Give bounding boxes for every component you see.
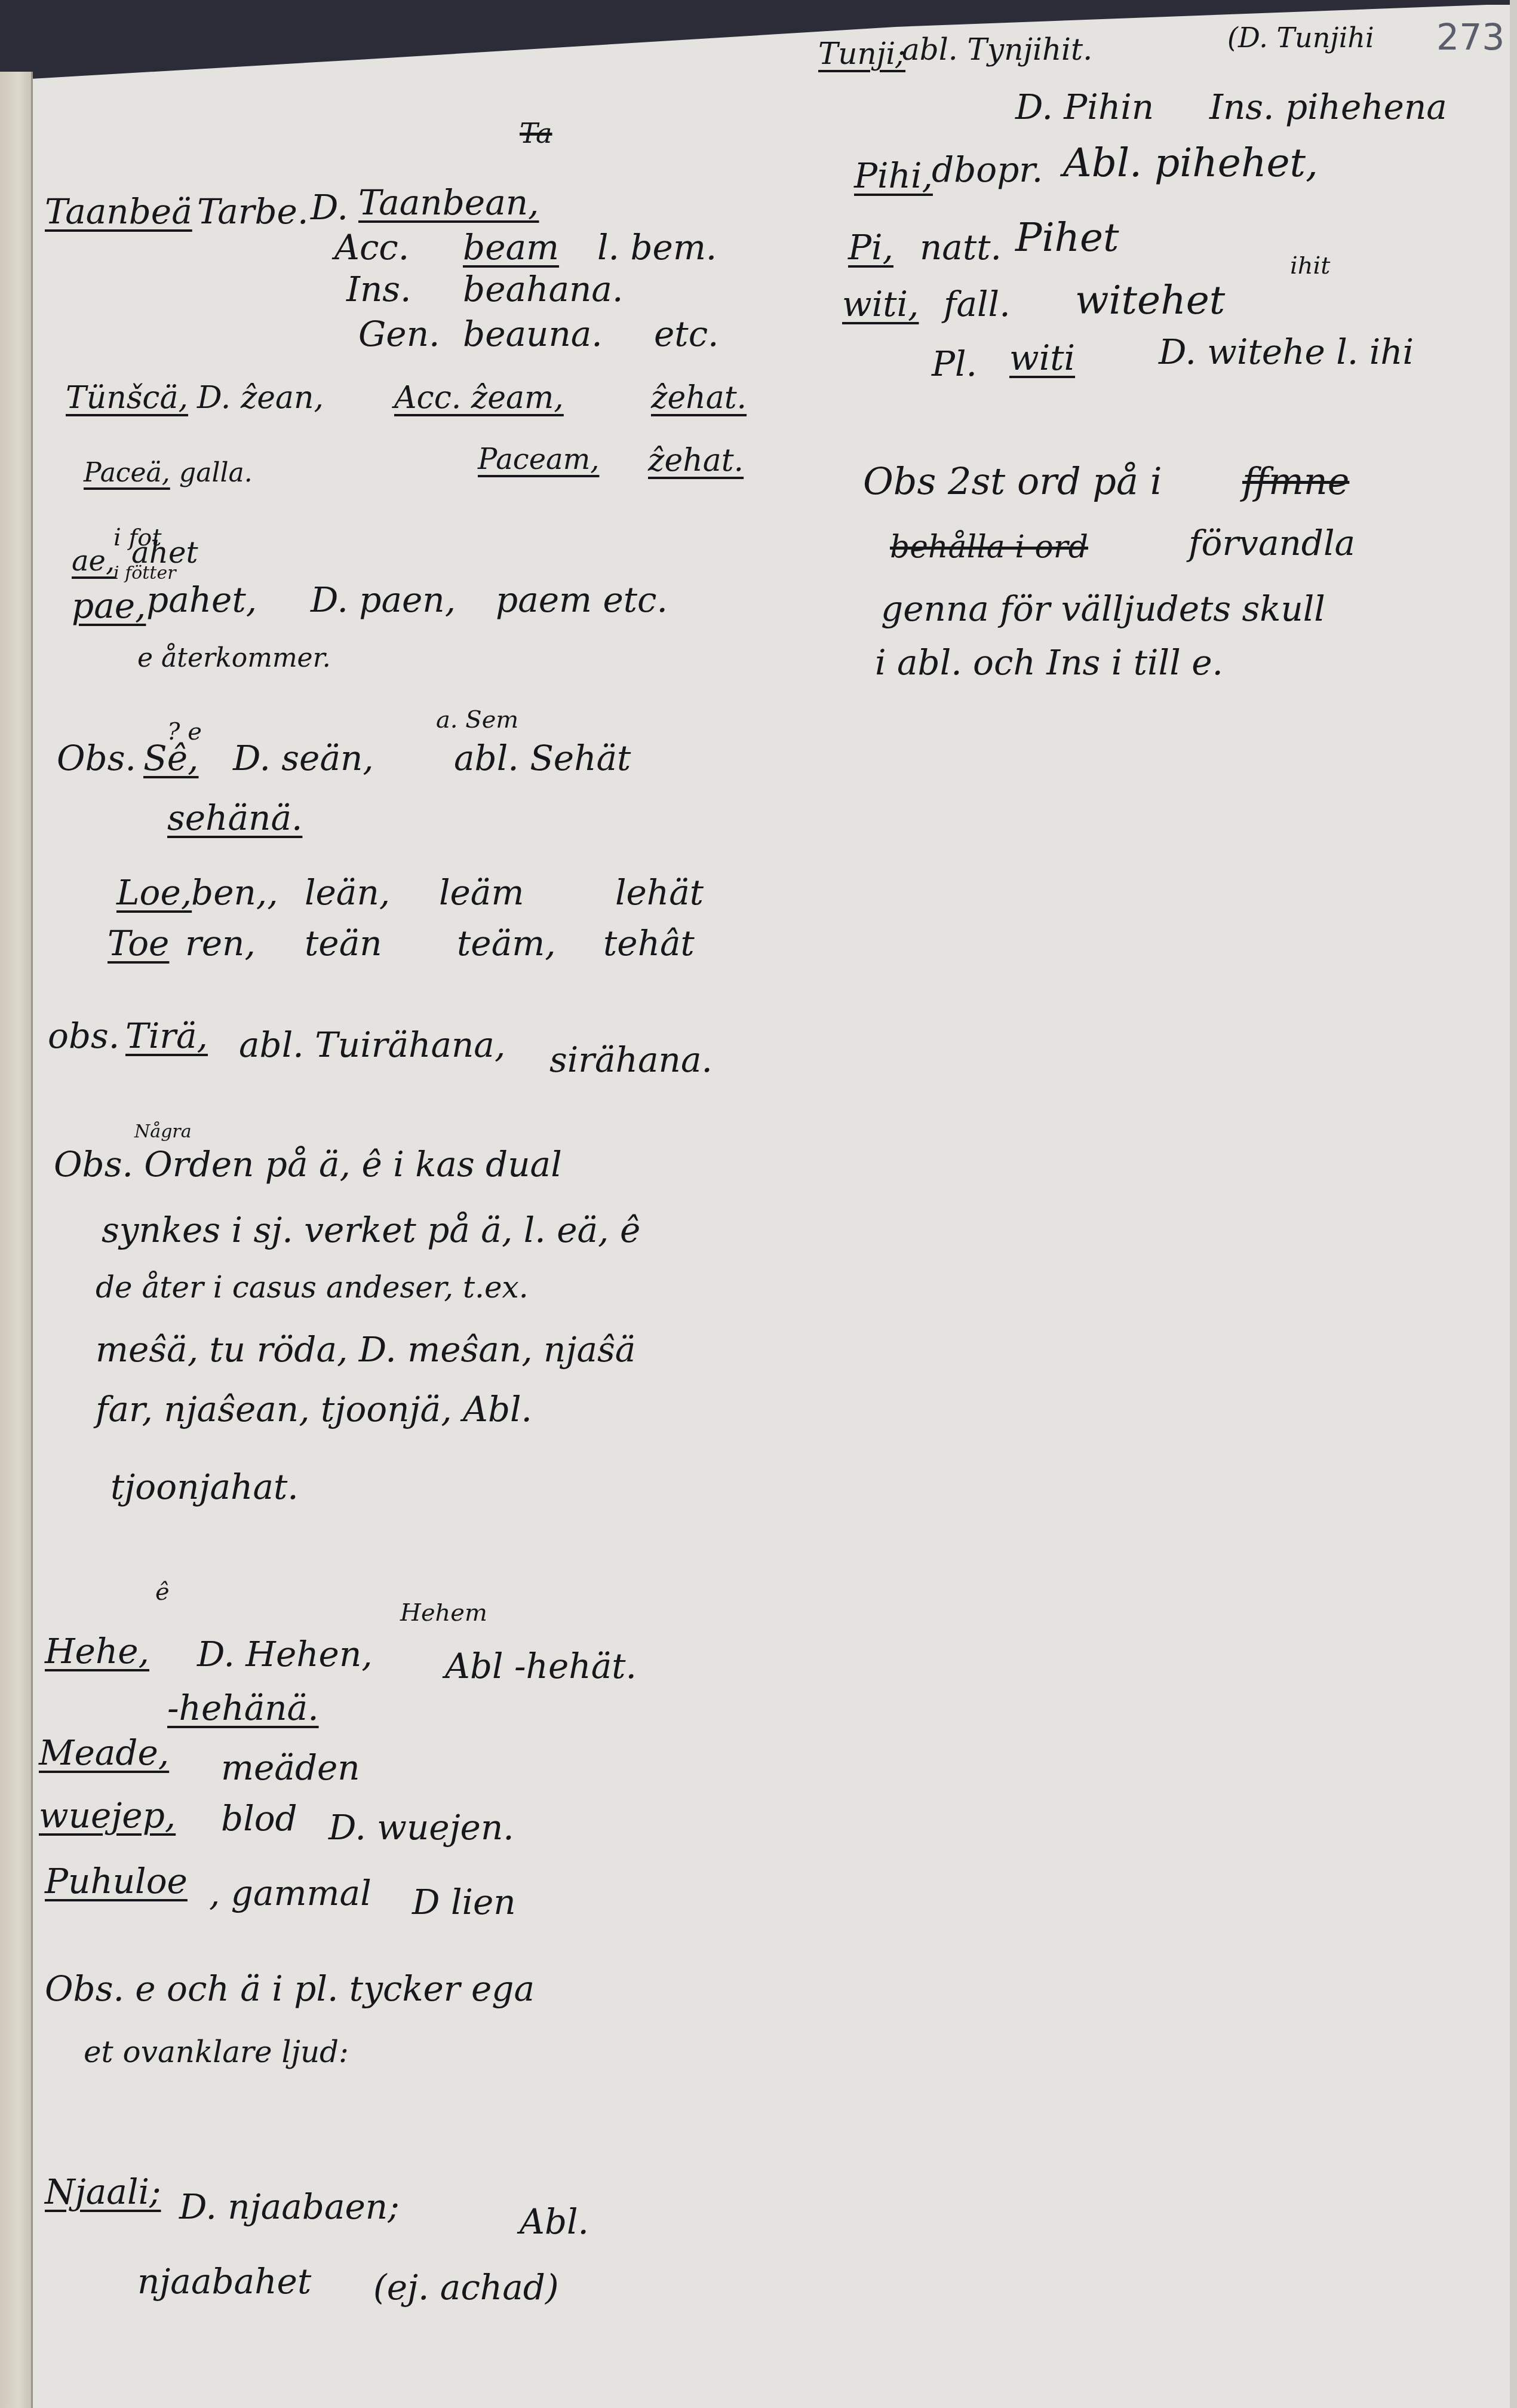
obs-text-line: förvandla <box>1189 526 1355 560</box>
obs-text-line: et ovanklare ljud: <box>84 2037 349 2067</box>
accusative-form: beam <box>463 230 559 265</box>
headword-loe: Loe, <box>116 875 192 910</box>
ablative-label: Abl. <box>520 2204 589 2239</box>
instrumental-form: Ins. pihehena <box>1209 90 1447 124</box>
accusative-form: teäm, <box>457 926 556 961</box>
gloss: blod <box>221 1801 297 1836</box>
accusative-alt: l. bem. <box>597 230 717 265</box>
struck-text: ffmne <box>1242 463 1349 500</box>
dative-form: (D. Tunjihi <box>1227 24 1374 51</box>
page-number: 273 <box>1436 17 1505 59</box>
dative-form: D. seän, <box>233 741 374 775</box>
ablative-form: pahet, <box>146 582 257 617</box>
dative-form: Taanbean, <box>358 185 539 220</box>
superscript-note: a. Sem <box>436 708 518 732</box>
headword-taanbea: Taanbeä <box>45 194 192 229</box>
headword-se: Sê, <box>143 741 199 775</box>
obs-text-line: synkes i sj. verket på ä, l. eä, ê <box>102 1213 640 1247</box>
obs-text-line: Obs. Orden på ä, ê i kas dual <box>54 1147 562 1182</box>
headword-pihi: Pihi, <box>854 158 933 193</box>
ablative-form: abl. Tynjihit. <box>902 35 1092 65</box>
dative-form: D. Pihin <box>1015 90 1154 124</box>
obs-text-line: tjoonjahat. <box>110 1470 299 1504</box>
ablative-form: ẑehat. <box>648 445 744 476</box>
obs-text-line: far, njaŝean, tjoonjä, Abl. <box>96 1392 532 1427</box>
dative-form: D. njaabaen; <box>179 2189 400 2224</box>
instrumental-form: beahana. <box>463 272 623 306</box>
superscript-note: ê <box>155 1580 170 1604</box>
headword-njaali: Njaali; <box>45 2174 161 2209</box>
page-right-edge <box>1510 0 1517 2408</box>
headword-puhuloe: Puhuloe <box>45 1864 188 1898</box>
headword-wuejep: wuejep, <box>39 1798 176 1833</box>
gloss: natt. <box>920 230 1002 265</box>
dative-form: teän <box>305 926 382 961</box>
obs-label: obs. <box>48 1019 119 1053</box>
headword-tunsca: Tünšcä, <box>66 382 188 413</box>
gloss: fall. <box>944 287 1011 321</box>
gloss: galla. <box>179 460 253 486</box>
accusative-form: Paceam, <box>478 445 599 474</box>
struck-text: behålla i ord <box>890 532 1088 563</box>
headword-pacea: Paceä, <box>84 460 170 486</box>
book-binding-edge <box>0 72 33 2408</box>
dative-form: D. wuejen. <box>328 1810 514 1845</box>
superscript-note: Några <box>134 1123 192 1141</box>
ablative-form: Abl -hehät. <box>445 1649 637 1683</box>
dative-form: meäden <box>221 1750 360 1785</box>
case-label: Acc. <box>334 230 409 265</box>
superscript-note: ihit <box>1290 254 1330 278</box>
note: (ej. achad) <box>373 2270 559 2305</box>
headword-pi: Pi, <box>848 230 893 265</box>
dative-form: D. ẑean, <box>197 382 324 413</box>
case-label: Gen. <box>358 317 440 351</box>
gloss: Tarbe. <box>197 194 308 229</box>
headword-meade: Meade, <box>39 1735 169 1770</box>
case-label: D. <box>311 190 348 225</box>
obs-text-line: Obs. e och ä i pl. tycker ega <box>45 1971 535 2006</box>
obs-text-line: de åter i casus andeser, t.ex. <box>96 1272 529 1302</box>
obs-text-line: Obs 2st ord på i <box>863 463 1162 500</box>
headword-witi: witi, <box>842 287 919 321</box>
obs-text-line: meŝä, tu röda, D. meŝan, njaŝä <box>96 1332 635 1367</box>
struck-heading: Ta <box>520 119 552 147</box>
dative-form: D. Hehen, <box>197 1637 373 1671</box>
gloss: ren, <box>185 926 256 961</box>
accusative-form: leäm <box>439 875 524 910</box>
headword-tunji: Tunji; <box>818 39 905 69</box>
genitive-form: beauna. <box>463 317 603 351</box>
obs-label: Obs. <box>57 741 136 775</box>
headword-pae: pae, <box>72 588 146 623</box>
ablative-form: abl. Tuirähana, <box>239 1027 505 1062</box>
dative-form: leän, <box>305 875 390 910</box>
ablative-form: Abl. pihehet, <box>1063 143 1318 183</box>
gloss: dbopr. <box>932 152 1043 187</box>
headword-ae: ae, <box>72 547 115 575</box>
plural-form: witi <box>1009 341 1075 375</box>
obs-text-line: i abl. och Ins i till e. <box>875 645 1223 680</box>
ablative-alt: sirähana. <box>549 1042 713 1077</box>
ablative-form: lehät <box>615 875 704 910</box>
dative-form: D lien <box>412 1885 516 1919</box>
ablative-form: Pihet <box>1015 218 1119 257</box>
superscript-note: Hehem <box>400 1601 487 1625</box>
ablative-form: abl. Sehät <box>454 741 631 775</box>
note-line: e återkommer. <box>137 645 331 671</box>
gloss: , gammal <box>209 1876 371 1910</box>
gloss: ben,, <box>191 875 278 910</box>
ablative-form: ẑehat. <box>651 382 747 413</box>
etc: etc. <box>654 317 719 351</box>
other-forms: paem etc. <box>496 582 668 617</box>
ablative-form: tehât <box>603 926 695 961</box>
headword-toe: Toe <box>108 926 169 961</box>
headword-tira: Tirä, <box>125 1019 208 1053</box>
ablative-form: witehet <box>1075 281 1225 320</box>
obs-text-line: genna för välljudets skull <box>881 591 1325 626</box>
accusative-form: Acc. ẑeam, <box>394 382 564 413</box>
instrumental-form: -hehänä. <box>167 1691 319 1725</box>
case-label: Ins. <box>346 272 411 306</box>
dative-form: D. paen, <box>311 582 456 617</box>
instrumental-form: sehänä. <box>167 800 302 835</box>
ablative-form: njaabahet <box>137 2264 311 2299</box>
headword-hehe: Hehe, <box>45 1634 149 1668</box>
plural-label: Pl. <box>932 346 977 381</box>
dative-form: D. witehe l. ihi <box>1159 335 1414 369</box>
